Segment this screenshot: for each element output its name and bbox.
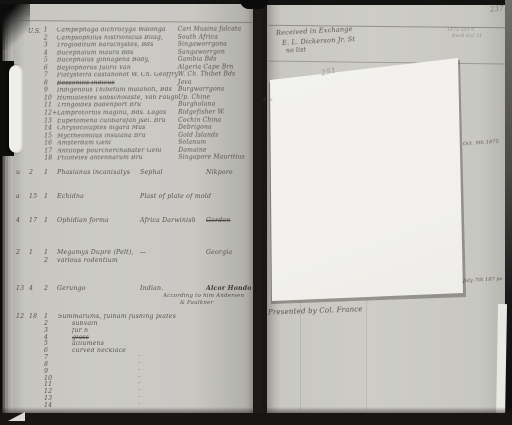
right-book-edge (505, 0, 512, 425)
entry-note-2: & Faulkner (180, 301, 213, 307)
entry-locality: South Africa (178, 34, 252, 40)
entry-number: 4 (44, 50, 57, 56)
entry-text: Antilope pourcherchabater Genl (57, 148, 178, 155)
entry-locality: Nikpore (206, 170, 252, 176)
entry-number: 7 (44, 73, 57, 79)
entry-block-gerungo: 13 4 2 Gerungo Indian. Alcor Hondo (16, 286, 252, 292)
margin-code-1: a (16, 194, 29, 200)
entry-number: 1 (44, 170, 57, 176)
faint-margin-mark: S. s (263, 98, 273, 103)
entry-text: ” (58, 396, 252, 402)
margin-code-1: 13 (16, 286, 29, 292)
entry-locality: Sangaworrgon (178, 49, 252, 55)
entry-text: Ophidian forma (57, 218, 140, 224)
entry-text: Myctheomilus insulana Bru (57, 132, 178, 139)
entry-note-1: According to him Andersen (163, 294, 244, 300)
entry-text: ” (58, 362, 252, 368)
sublist-row: 7 ” (16, 355, 252, 362)
entry-text: Echidna (57, 194, 140, 200)
entry-text: Bessonilis indicus (57, 80, 178, 87)
sublist-row: 3 fur n (16, 328, 252, 335)
entry-text: various rodentium (57, 258, 140, 264)
entry-middle: Sephal (140, 170, 206, 176)
entry-middle: Africa Darwinish (140, 218, 206, 224)
entry-text: Trogloditum barachystes, Bds (57, 42, 178, 49)
entry-locality: Java (178, 79, 252, 85)
binder-clip-highlight (9, 65, 24, 153)
entry-text: fur n (58, 328, 252, 334)
entry-text: alliumens (58, 341, 252, 347)
entry-locality: W. Ch. Thibet Bds (178, 72, 252, 78)
entry-text: Summarums, fulham fushing plates (58, 314, 252, 320)
entry-block-echidna: a 15 1 Echidna Plast of plate of mold (16, 194, 252, 200)
sublist-row: 8 ” (16, 362, 252, 369)
entry-text: Baylophorus falirii Van (57, 65, 178, 72)
margin-code-2: 17 (29, 218, 44, 224)
entry-text: Lamprotornis maginu, Bds. Lagos (57, 110, 178, 117)
ledger-scan: 72 237. 1875 Oct 9 Recd Oct 31 U.S. 1 Ca… (0, 0, 512, 425)
entry-number: 2 (44, 286, 57, 292)
entry-struck-word: Gordon (206, 218, 252, 224)
entry-text: Bucephalum maura Bds (57, 49, 178, 56)
margin-code-1: 4 (16, 218, 29, 224)
margin-code-2: 1 (29, 250, 44, 256)
entry-locality: Singaworrgona (178, 42, 252, 48)
accession-entry-list: 1 Campephaga dichrozyga Walonga Cari Mus… (44, 26, 253, 163)
entry-locality: Up. Chine (178, 94, 252, 100)
margin-code-2: 18 (29, 314, 44, 320)
sublist-row: 4 glass (16, 335, 252, 342)
entry-number: 1 (44, 27, 57, 33)
entry-text: curved necklace (58, 348, 252, 354)
entry-number: 1 (44, 250, 57, 256)
entry-number: 12+ (44, 110, 57, 116)
entry-locality: Ridgefisher W. (178, 109, 252, 115)
entry-text: ” (58, 382, 252, 388)
entry-locality: Burgwarrgons (178, 87, 252, 93)
entry-text: Eupetomena culibarafan jsel. Bru (57, 117, 178, 124)
entry-block-megamys-line2: 2 various rodentium (16, 258, 252, 264)
entry-locality: Algeria Cape Brn (178, 64, 252, 70)
binding-note-1: 1875 Oct 9 (447, 29, 474, 34)
entry-number: 14 (44, 126, 57, 132)
entry-text: Humialestes sobscholaste, Van Faughs, (57, 95, 178, 102)
entry-text: Platysteira castanonot W. Ch. Geoffry St (57, 72, 178, 79)
entry-number: 2 (44, 35, 57, 41)
entry-text: ” (58, 376, 252, 382)
entry-middle: — (140, 250, 206, 256)
spacer (16, 258, 29, 264)
entry-middle: Indian. (140, 286, 206, 292)
ledger-row: 18 Ptiloteles antennarum Bru Singapore M… (44, 155, 252, 164)
binding-note-2: Recd Oct 31 (452, 35, 482, 40)
entry-number: 3 (44, 43, 57, 49)
entry-locality: Cochin China (178, 117, 252, 123)
entry-block-pheasant: u 2 1 Phasianus incanisatys Sephal Nikpo… (16, 170, 252, 176)
entry-number: 10 (44, 95, 57, 101)
entry-number: 11 (44, 103, 57, 109)
entry-block-megamys: 2 1 1 Megamys Dupré (Pelt), — Georgia (16, 250, 252, 256)
entry-text: Campsophilus histrionicus Bilag, (57, 34, 178, 41)
margin-code-1: u (16, 170, 29, 176)
entry-number: 8 (44, 80, 57, 86)
entry-locality: Domaine (178, 147, 252, 153)
entry-text: ” (58, 389, 252, 395)
sublist-row: 2 subvain (16, 321, 252, 328)
entry-text: glass (58, 335, 252, 341)
entry-number: 1 (44, 218, 57, 224)
exchange-header-line3: no list (286, 47, 306, 54)
entry-text: Tringoides Badenport Bru (57, 102, 178, 109)
entry-number: 3 (44, 328, 58, 334)
entry-text: ” (58, 355, 252, 361)
sublist-row: 12 18 1 Summarums, fulham fushing plates (16, 314, 252, 321)
spacer (29, 258, 44, 264)
entry-text: Amsterdam Genl (57, 140, 178, 147)
entry-text: subvain (58, 321, 252, 327)
margin-code-2: 2 (29, 170, 44, 176)
entry-text: Bucephalus ginnagena Body, (57, 57, 178, 64)
entry-locality: Singapore Mauritius (178, 155, 252, 161)
entry-number: 9 (44, 88, 57, 94)
entry-number: 18 (44, 156, 57, 162)
sublist-row: 5 alliumens (16, 341, 252, 348)
entry-locality: Alcor Hondo (206, 286, 252, 292)
entry-number: 5 (44, 58, 57, 64)
page-crease-2 (366, 300, 367, 410)
margin-code-2: 15 (29, 194, 44, 200)
entry-text: Ptiloteles antennarum Bru (57, 155, 178, 162)
entry-locality: Burgholana (178, 102, 252, 108)
entry-number: 6 (44, 65, 57, 71)
entry-number: 2 (44, 258, 57, 264)
entry-locality: Gold Islands (178, 132, 252, 138)
entry-number: 13 (44, 118, 57, 124)
numbered-sublist: 12 18 1 Summarums, fulham fushing plates… (16, 314, 252, 410)
entry-text: Indigenous Thibetum malanoti, Bds (57, 87, 178, 94)
entry-number: 16 (44, 141, 57, 147)
entry-middle: Plast of plate of mold (140, 194, 250, 200)
top-left-shadow (0, 0, 30, 50)
entry-locality: Debrigona (178, 125, 252, 131)
margin-code-1: 2 (16, 250, 29, 256)
margin-code-1: 12 (16, 314, 29, 320)
entry-locality: Georgia (206, 250, 252, 256)
entry-block-ophidian: 4 17 1 Ophidian forma Africa Darwinish G… (16, 218, 252, 224)
page-crease-1 (300, 300, 301, 410)
margin-code-2: 4 (29, 286, 44, 292)
entry-text: ” (58, 369, 252, 375)
entry-number: 15 (44, 133, 57, 139)
entry-number: 1 (44, 194, 57, 200)
margin-heading: U.S. (28, 29, 41, 35)
pencil-mark: 72 (22, 10, 31, 17)
entry-text: Chrysocolaptes nigara Mus (57, 125, 178, 132)
entry-text: Gerungo (57, 286, 140, 292)
entry-number: 17 (44, 148, 57, 154)
entry-locality: Solanum (178, 140, 252, 146)
sublist-row: 6 curved necklace (16, 348, 252, 355)
entry-locality: Cari Musina falcata (178, 26, 252, 32)
entry-locality: Gambia Bds (178, 57, 252, 63)
entry-text: Campephaga dichrozyga Walonga (57, 27, 178, 34)
bottom-edge (0, 413, 512, 425)
entry-text: Phasianus incanisatys (57, 170, 140, 176)
entry-text: Megamys Dupré (Pelt), (57, 250, 140, 256)
